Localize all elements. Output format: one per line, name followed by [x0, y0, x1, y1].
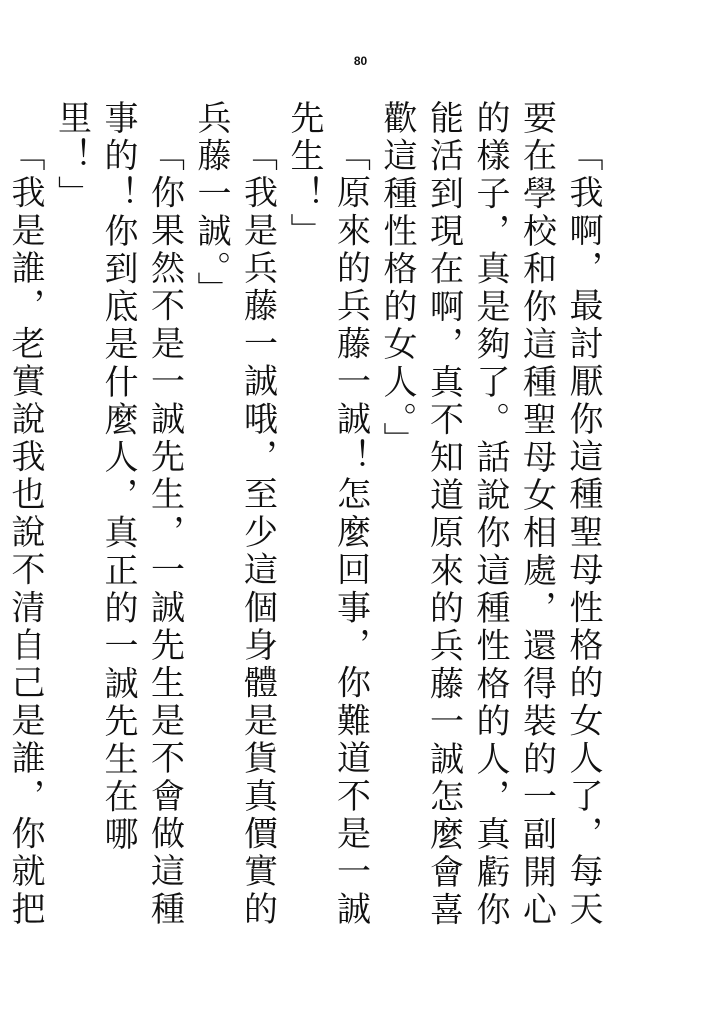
paragraph: 「我是誰，老實說我也說不清自己是誰，你就把我當成一個對你們吉蒙里抱有怨恨的靈魂為…	[0, 100, 48, 940]
page-number: 80	[0, 54, 721, 68]
paragraph: 「我啊，最討厭你這種聖母性格的女人了，每天要在學校和你這種聖母女相處，還得裝的一…	[374, 100, 607, 940]
book-page: 80 「我啊，最討厭你這種聖母性格的女人了，每天要在學校和你這種聖母女相處，還得…	[0, 0, 721, 1020]
paragraph: 「我是兵藤一誠哦，至少這個身體是貨真價實的兵藤一誠。」	[188, 100, 281, 940]
paragraph: 「你果然不是一誠先生，一誠先生是不會做這種事的！你到底是什麼人，真正的一誠先生在…	[48, 100, 188, 940]
vertical-text-body: 「我啊，最討厭你這種聖母性格的女人了，每天要在學校和你這種聖母女相處，還得裝的一…	[126, 100, 606, 940]
paragraph: 「原來的兵藤一誠！怎麼回事，你難道不是一誠先生！」	[281, 100, 374, 940]
